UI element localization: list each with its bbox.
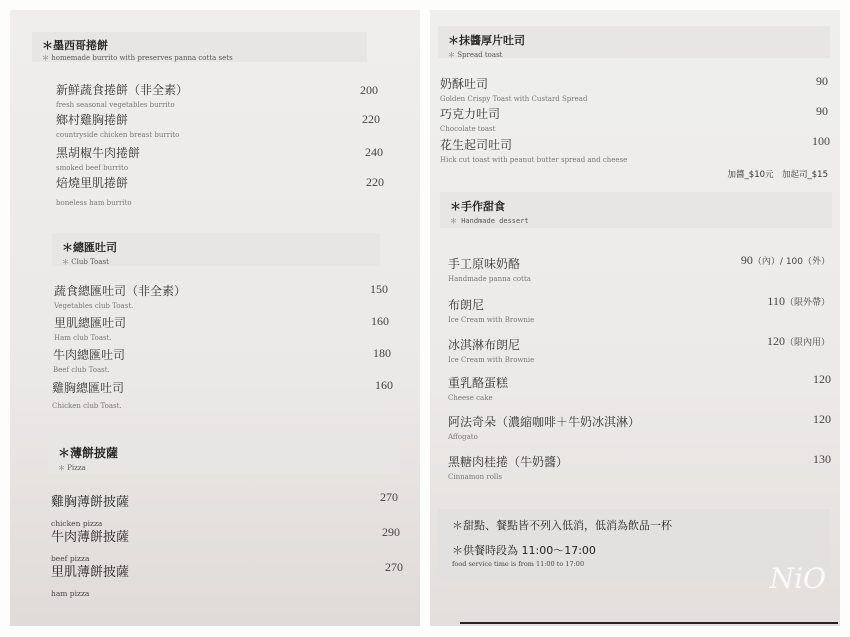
section-title-zh: ＊墨西哥捲餅	[42, 37, 108, 53]
item-price: 120	[813, 372, 831, 387]
menu-item: 手工原味奶酪 Handmade panna cotta	[448, 255, 531, 283]
menu-item: 新鮮蔬食捲餅（非全素） fresh seasonal vegetables bu…	[56, 81, 188, 109]
menu-item: 阿法奇朵（濃縮咖啡＋牛奶冰淇淋） Affogato	[448, 413, 640, 441]
section-title-en: ＊ homemade burrito with preserves panna …	[42, 53, 233, 63]
menu-item: 焙燒里肌捲餅 boneless ham burrito	[56, 174, 132, 207]
item-price: 90	[816, 74, 828, 89]
menu-page-left: ＊墨西哥捲餅 ＊ homemade burrito with preserves…	[10, 10, 420, 626]
item-price: 160	[375, 378, 393, 393]
menu-item: 冰淇淋布朗尼 Ice Cream with Brownie	[448, 336, 534, 364]
menu-item: 重乳酪蛋糕 Cheese cake	[448, 374, 508, 402]
menu-item: 牛肉總匯吐司 Beef club Toast.	[53, 346, 125, 374]
menu-item: 雞胸薄餅披薩 chicken pizza	[51, 491, 129, 528]
item-price: 290	[382, 525, 400, 540]
item-price: 100	[812, 134, 830, 149]
section-title-zh: ＊薄餅披薩	[58, 444, 118, 461]
section-header-spread-toast: ＊抹醬厚片吐司 ＊ Spread toast	[438, 26, 830, 58]
section-title-en: ＊ Handmade dessert	[450, 216, 529, 226]
menu-item: 雞胸總匯吐司 Chicken club Toast.	[52, 379, 124, 410]
addon-pricing: 加醬_$10元 加起司_$15	[728, 168, 828, 180]
section-title-zh: ＊手作甜食	[450, 198, 505, 214]
item-price: 120（限內用）	[767, 334, 830, 349]
item-price: 200	[360, 83, 378, 98]
item-price: 220	[362, 112, 380, 127]
menu-item: 黑糖肉桂捲（牛奶醬） Cinnamon rolls	[448, 453, 568, 481]
section-title-zh: ＊總匯吐司	[62, 239, 117, 255]
menu-item: 花生起司吐司 Hick cut toast with peanut butter…	[440, 136, 627, 164]
minimum-charge-note: ＊甜點、餐點皆不列入低消，低消為飲品一杯	[452, 517, 672, 533]
bottom-rule	[460, 622, 838, 624]
menu-item: 里肌薄餅披薩 ham pizza	[51, 561, 129, 598]
section-title-en: ＊ Spread toast	[448, 50, 502, 60]
menu-item: 鄉村雞胸捲餅 countryside chicken breast burrit…	[56, 111, 179, 139]
section-header-burrito: ＊墨西哥捲餅 ＊ homemade burrito with preserves…	[32, 32, 367, 62]
item-price: 270	[385, 560, 403, 575]
item-price: 270	[380, 490, 398, 505]
service-hours-zh: ＊供餐時段為 11:00～17:00	[452, 542, 596, 558]
menu-item: 蔬食總匯吐司（非全素） Vegetables club Toast.	[54, 282, 186, 310]
item-price: 130	[813, 452, 831, 467]
service-hours-en: food service time is from 11:00 to 17:00	[452, 560, 584, 568]
signature-watermark: NiO	[770, 562, 826, 595]
item-price: 160	[371, 314, 389, 329]
section-title-zh: ＊抹醬厚片吐司	[448, 32, 525, 48]
item-price: 110（限外帶）	[767, 294, 830, 309]
item-price: 90	[816, 104, 828, 119]
item-price: 150	[370, 282, 388, 297]
menu-item: 奶酥吐司 Golden Crispy Toast with Custard Sp…	[440, 75, 587, 103]
section-header-dessert: ＊手作甜食 ＊ Handmade dessert	[440, 192, 832, 228]
menu-item: 里肌總匯吐司 Ham club Toast.	[54, 314, 126, 342]
section-title-en: ＊ Club Toast	[62, 257, 109, 267]
menu-item: 牛肉薄餅披薩 beef pizza	[51, 526, 129, 563]
section-header-pizza: ＊薄餅披薩 ＊ Pizza	[48, 438, 400, 474]
item-price: 90（內）/ 100（外）	[741, 253, 830, 268]
item-price: 220	[366, 175, 384, 190]
section-title-en: ＊ Pizza	[58, 463, 86, 473]
menu-item: 黑胡椒牛肉捲餅 smoked beef burrito	[56, 144, 140, 172]
menu-page-right: ＊抹醬厚片吐司 ＊ Spread toast 奶酥吐司 Golden Crisp…	[430, 10, 840, 626]
section-header-club-toast: ＊總匯吐司 ＊ Club Toast	[52, 233, 380, 266]
item-price: 240	[365, 145, 383, 160]
item-price: 120	[813, 412, 831, 427]
menu-item: 巧克力吐司 Chocolate toast	[440, 105, 500, 133]
menu-item: 布朗尼 Ice Cream with Brownie	[448, 296, 534, 324]
item-price: 180	[373, 346, 391, 361]
